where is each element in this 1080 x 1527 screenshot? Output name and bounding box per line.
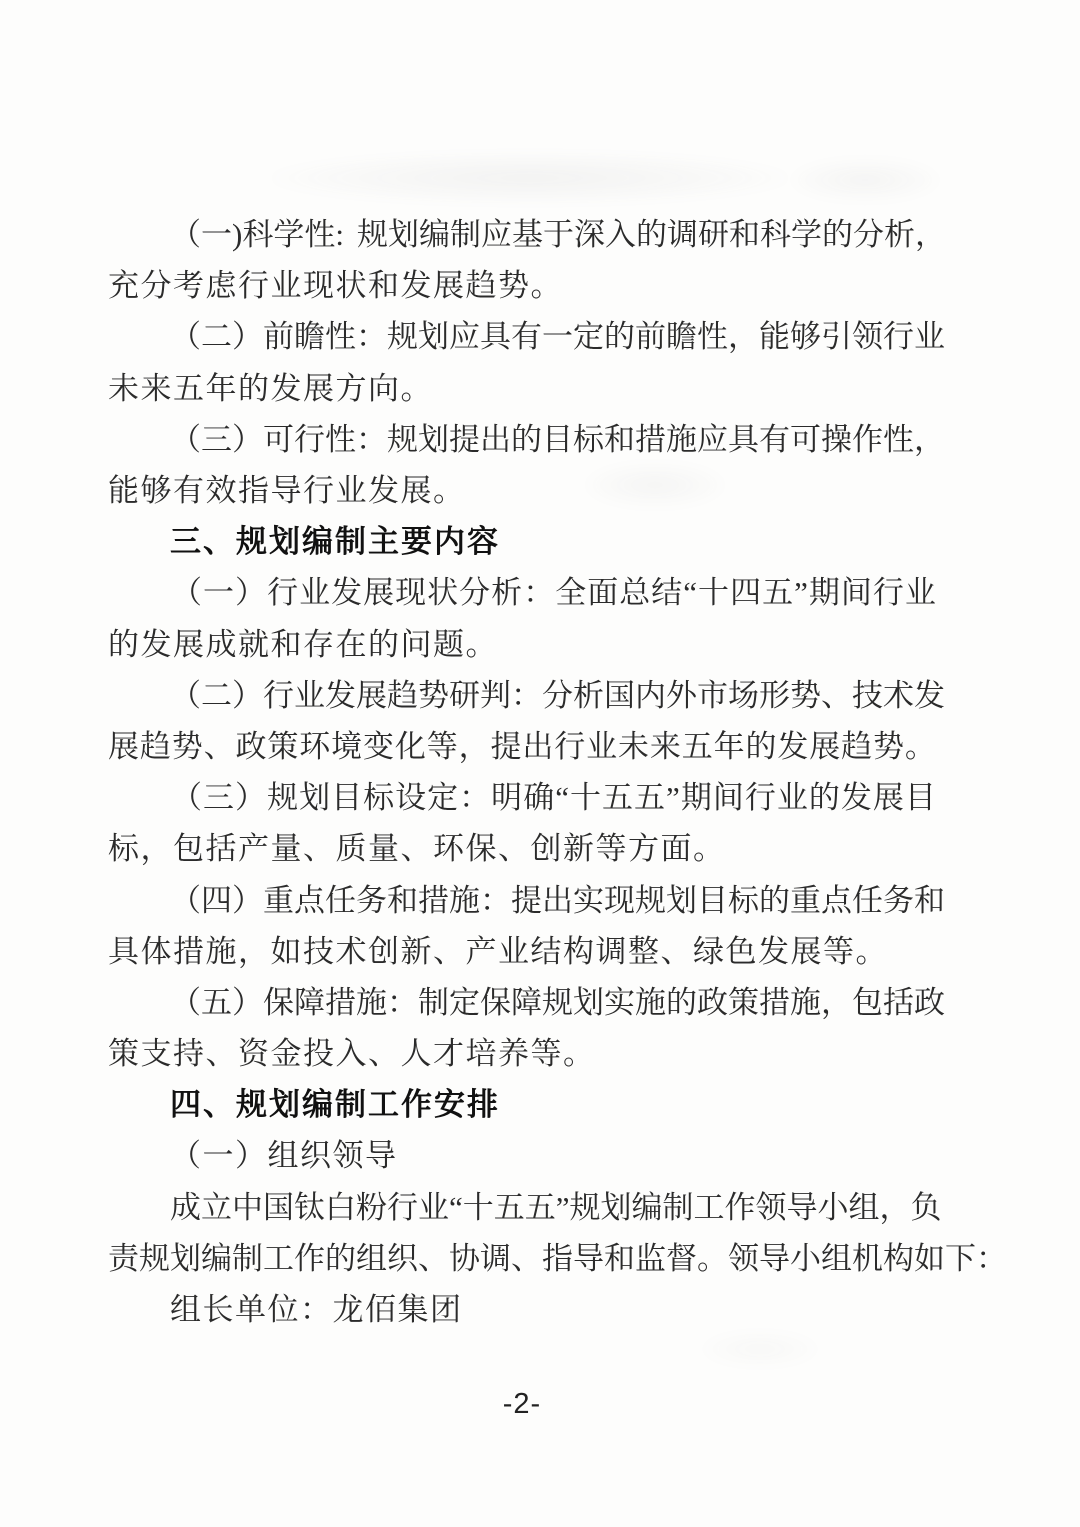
- paragraph-indent: [108, 439, 170, 440]
- text-line: 责规划编制工作的组织、协调、指导和监督。领导小组机构如下：: [108, 1233, 936, 1284]
- text-line: （一)科学性: 规划编制应基于深入的调研和科学的分析，: [108, 209, 936, 260]
- paragraph-indent: [108, 797, 170, 798]
- paragraph-indent: [108, 1207, 170, 1208]
- text-line: （四）重点任务和措施：提出实现规划目标的重点任务和: [108, 874, 936, 925]
- text-line: 未来五年的发展方向。: [108, 363, 936, 414]
- section-heading: 四、规划编制工作安排: [108, 1079, 936, 1130]
- text-line: 成立中国钛白粉行业“十五五”规划编制工作领导小组，负: [108, 1182, 936, 1233]
- text-line: 能够有效指导行业发展。: [108, 465, 936, 516]
- text-line: 的发展成就和存在的问题。: [108, 619, 936, 670]
- section-heading: 三、规划编制主要内容: [108, 516, 936, 567]
- paragraph-indent: [108, 234, 170, 235]
- text-line: 具体措施，如技术创新、产业结构调整、绿色发展等。: [108, 926, 936, 977]
- text-line: （二）前瞻性：规划应具有一定的前瞻性，能够引领行业: [108, 311, 936, 362]
- text-line: 充分考虑行业现状和发展趋势。: [108, 260, 936, 311]
- text-line: （二）行业发展趋势研判：分析国内外市场形势、技术发: [108, 670, 936, 721]
- text-line: （三）规划目标设定：明确“十五五”期间行业的发展目: [108, 772, 936, 823]
- document-text-block: （一)科学性: 规划编制应基于深入的调研和科学的分析，充分考虑行业现状和发展趋势…: [108, 209, 936, 1335]
- paragraph-indent: [108, 695, 170, 696]
- text-line: 策支持、资金投入、人才培养等。: [108, 1028, 936, 1079]
- paragraph-indent: [108, 336, 170, 337]
- text-line: 展趋势、政策环境变化等，提出行业未来五年的发展趋势。: [108, 721, 936, 772]
- scan-bleed-artifact: [790, 158, 940, 202]
- page-number: -2-: [108, 1388, 936, 1421]
- text-line: 标，包括产量、质量、环保、创新等方面。: [108, 823, 936, 874]
- paragraph-indent: [108, 592, 170, 593]
- text-line: （一）组织领导: [108, 1130, 936, 1181]
- document-page: （一)科学性: 规划编制应基于深入的调研和科学的分析，充分考虑行业现状和发展趋势…: [0, 0, 1080, 1527]
- scan-bleed-artifact: [270, 152, 790, 204]
- paragraph-indent: [108, 900, 170, 901]
- text-line: （五）保障措施：制定保障规划实施的政策措施，包括政: [108, 977, 936, 1028]
- text-line: （三）可行性：规划提出的目标和措施应具有可操作性，: [108, 414, 936, 465]
- scan-bleed-artifact: [700, 1330, 820, 1368]
- text-line: （一）行业发展现状分析：全面总结“十四五”期间行业: [108, 567, 936, 618]
- text-line: 组长单位：龙佰集团: [108, 1284, 936, 1335]
- paragraph-indent: [108, 1002, 170, 1003]
